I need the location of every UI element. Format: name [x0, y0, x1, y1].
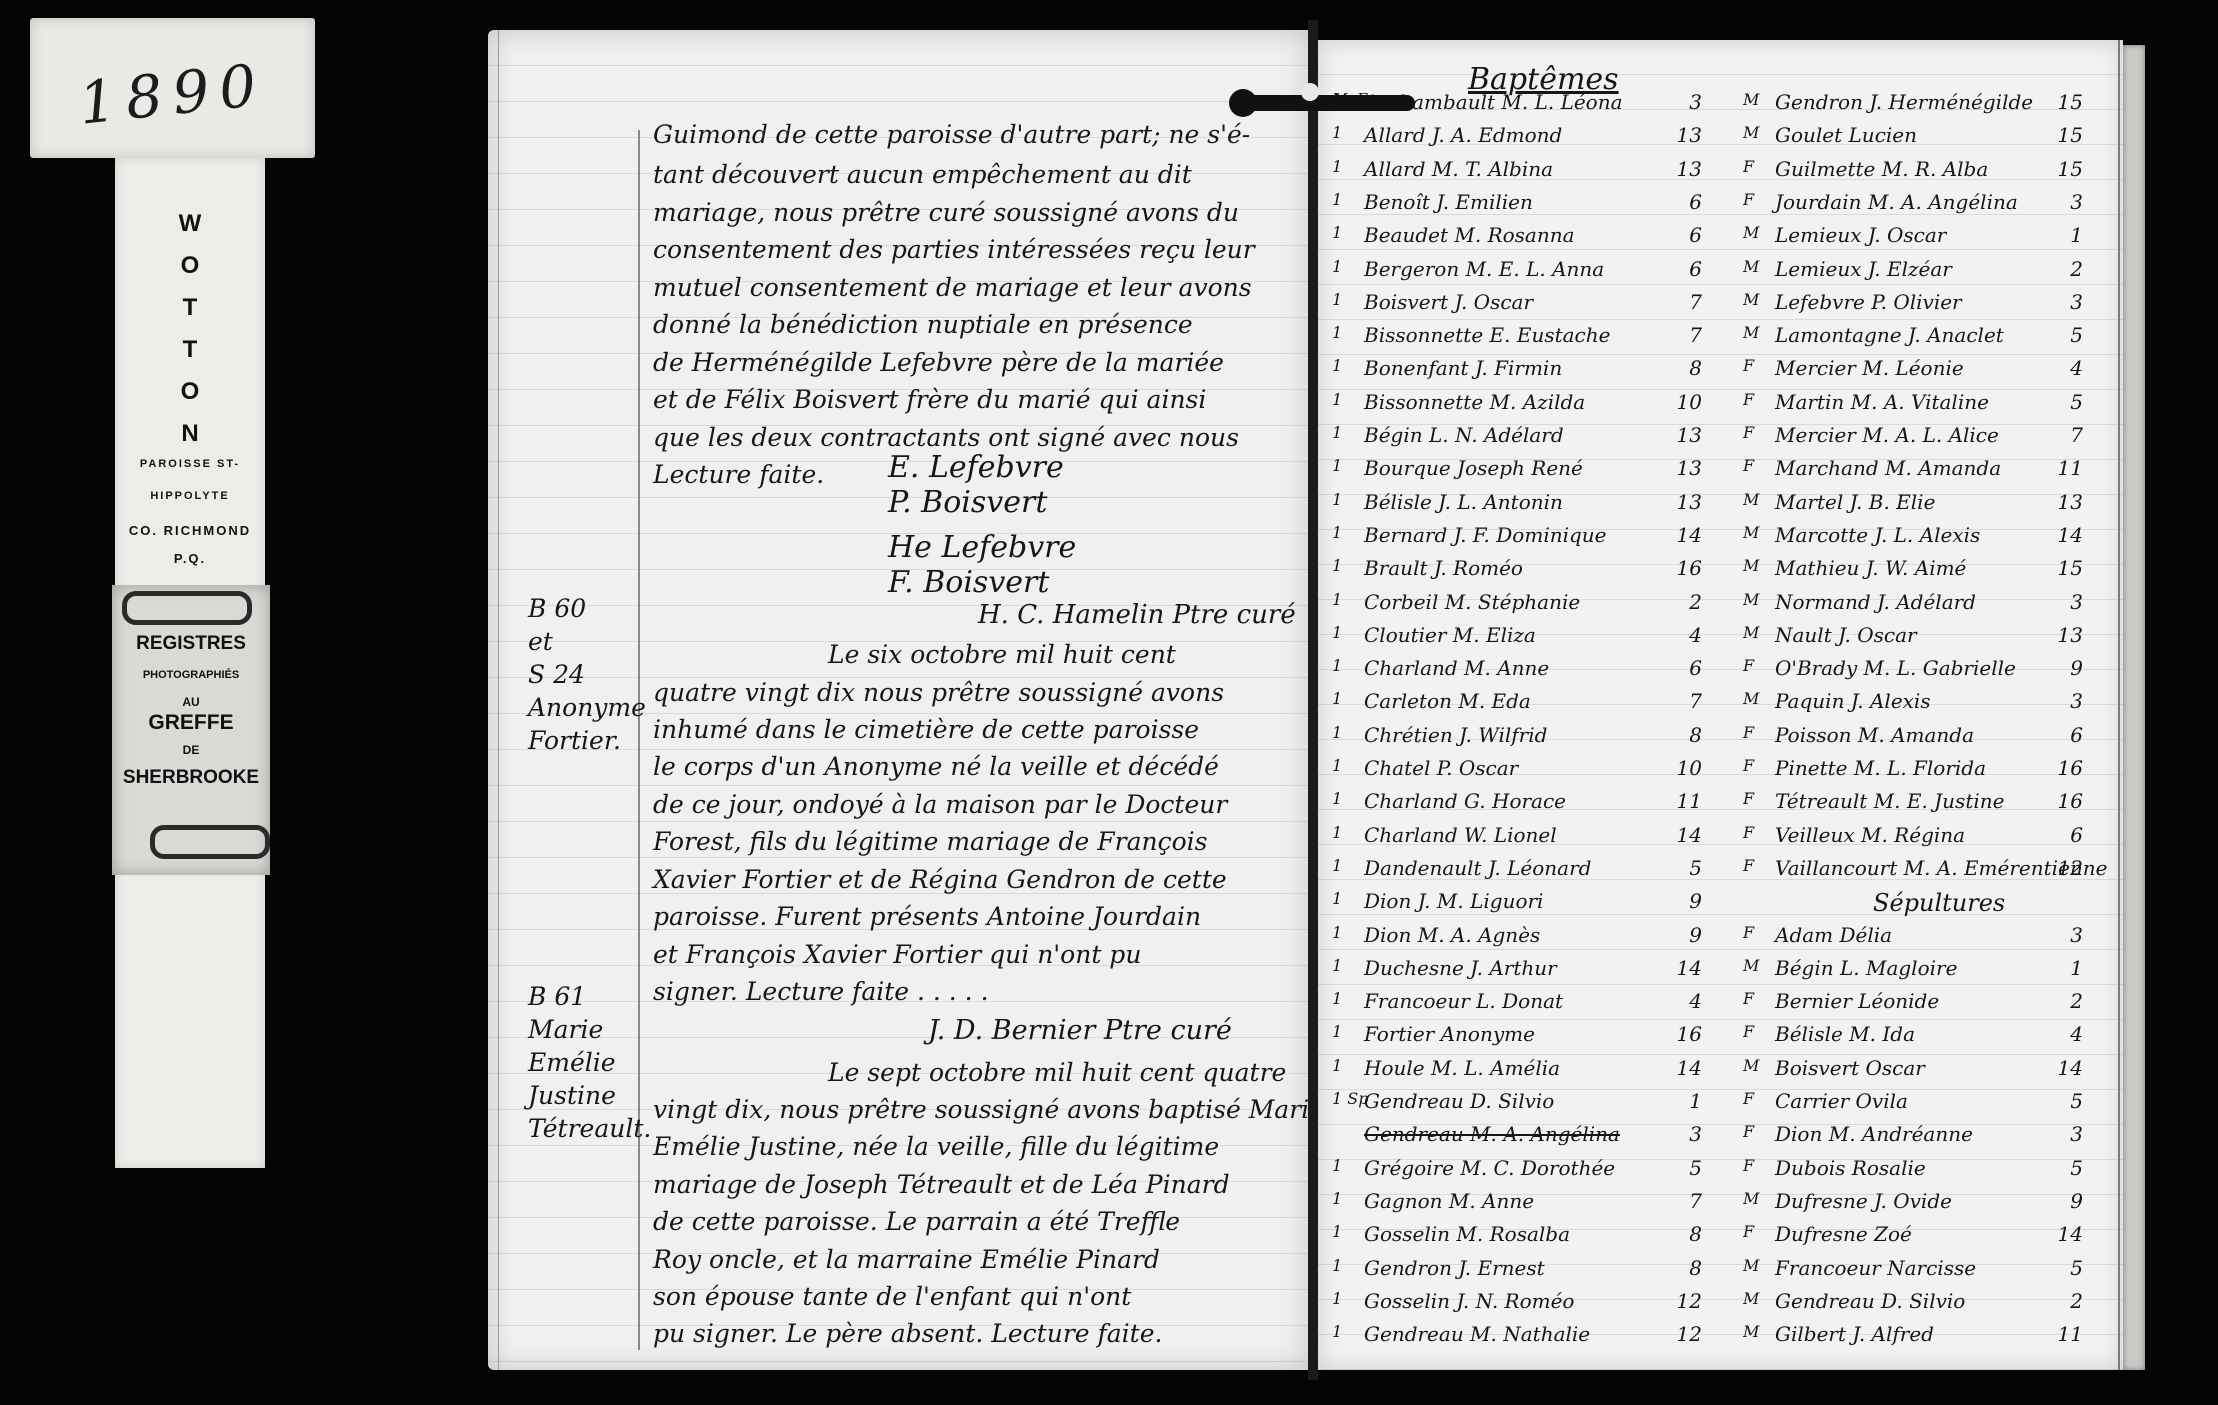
index-name: Bégin L. Magloire	[1775, 956, 1957, 980]
gender-mark: F	[1743, 856, 1773, 875]
record-number: 13	[1662, 157, 1702, 181]
index-name: Gosselin J. N. Roméo	[1364, 1289, 1574, 1313]
gender-mark: M	[1743, 257, 1773, 276]
index-row: MLemieux J. Elzéar2	[1743, 257, 2113, 292]
index-name: Lefebvre P. Olivier	[1775, 290, 1962, 314]
index-row: 1Bissonnette E. Eustache7	[1332, 323, 1727, 358]
index-row: 1Benoît J. Emilien6	[1332, 190, 1727, 225]
index-row: MMathieu J. W. Aimé15	[1743, 556, 2113, 591]
entry-text-line: inhumé dans le cimetière de cette parois…	[653, 715, 1199, 744]
entry-text-line: donné la bénédiction nuptiale en présenc…	[653, 310, 1193, 339]
gender-mark: 1	[1332, 889, 1362, 908]
record-number: 2	[1662, 590, 1702, 614]
record-number: 8	[1662, 356, 1702, 380]
record-number: 15	[2043, 123, 2083, 147]
index-row: 1Carleton M. Eda7	[1332, 689, 1727, 724]
gender-mark: F	[1743, 789, 1773, 808]
record-number: 12	[2043, 856, 2083, 880]
index-name: Gendron J. Ernest	[1364, 1256, 1545, 1280]
year-card: 1890	[30, 18, 315, 158]
gender-mark: F	[1743, 756, 1773, 775]
index-name: Bourque Joseph René	[1364, 456, 1583, 480]
index-name: Dion M. Andréanne	[1775, 1122, 1973, 1146]
index-row: 1Gendreau M. Nathalie12	[1332, 1322, 1727, 1357]
index-row: MNormand J. Adélard3	[1743, 590, 2113, 625]
index-name: Mercier M. Léonie	[1775, 356, 1964, 380]
record-number: 2	[2043, 989, 2083, 1013]
record-number: 11	[1662, 789, 1702, 813]
index-name: Bergeron M. E. L. Anna	[1364, 257, 1604, 281]
index-name: Guilmette M. R. Alba	[1775, 157, 1988, 181]
gender-mark: 1	[1332, 823, 1362, 842]
gender-mark: 1	[1332, 1189, 1362, 1208]
record-number: 5	[2043, 1089, 2083, 1113]
record-number: 5	[2043, 390, 2083, 414]
gender-mark: F	[1743, 923, 1773, 942]
archive-tag-line: DE	[112, 743, 270, 757]
record-number: 9	[2043, 656, 2083, 680]
gender-mark: 1	[1332, 190, 1362, 209]
record-number: 6	[1662, 257, 1702, 281]
gender-mark: F	[1743, 390, 1773, 409]
record-number: 5	[1662, 1156, 1702, 1180]
index-row: 1Dandenault J. Léonard5	[1332, 856, 1727, 891]
entry-text-line: mariage de Joseph Tétreault et de Léa Pi…	[653, 1170, 1230, 1199]
entry-text-line: pu signer. Le père absent. Lecture faite…	[653, 1319, 1162, 1348]
record-number: 6	[1662, 656, 1702, 680]
index-row: FGuilmette M. R. Alba15	[1743, 157, 2113, 192]
gender-mark: 1	[1332, 1256, 1362, 1275]
record-number: 16	[2043, 789, 2083, 813]
index-name: Mercier M. A. L. Alice	[1775, 423, 1999, 447]
entry-text-line: signer. Lecture faite . . . . .	[653, 977, 989, 1006]
record-number: 15	[2043, 157, 2083, 181]
gender-mark: M	[1743, 1189, 1773, 1208]
index-name: Bélisle M. Ida	[1775, 1022, 1915, 1046]
gender-mark: M	[1743, 1056, 1773, 1075]
index-row: FDufresne Zoé14	[1743, 1222, 2113, 1257]
entry-text-line: et François Xavier Fortier qui n'ont pu	[653, 940, 1141, 969]
record-number: 5	[1662, 856, 1702, 880]
index-name: Dion J. M. Liguori	[1364, 889, 1543, 913]
entry-text-line: tant découvert aucun empêchement au dit	[653, 160, 1192, 189]
paper-clip-icon	[150, 825, 270, 859]
gender-mark: F	[1743, 1156, 1773, 1175]
entry-text-line: quatre vingt dix nous prêtre soussigné a…	[653, 678, 1224, 707]
index-row: FBélisle M. Ida4	[1743, 1022, 2113, 1057]
paper-clip-icon	[122, 591, 252, 625]
index-row: MGendron J. Herménégilde15	[1743, 90, 2113, 125]
gender-mark: M	[1743, 1322, 1773, 1341]
index-name: Grégoire M. C. Dorothée	[1364, 1156, 1615, 1180]
margin-rule	[638, 130, 640, 1350]
gender-mark: 1	[1332, 290, 1362, 309]
index-name: Francoeur L. Donat	[1364, 989, 1563, 1013]
index-row: MBoisvert Oscar14	[1743, 1056, 2113, 1091]
town-letter: T	[183, 287, 198, 329]
record-number: 5	[2043, 1156, 2083, 1180]
parish-line-2: HIPPOLYTE	[115, 490, 265, 502]
record-number: 14	[2043, 523, 2083, 547]
index-row: 1Boisvert J. Oscar7	[1332, 290, 1727, 325]
gender-mark: 1	[1332, 856, 1362, 875]
margin-text: et	[528, 625, 633, 658]
index-row: 1Bonenfant J. Firmin8	[1332, 356, 1727, 391]
entry-text-line: et de Félix Boisvert frère du marié qui …	[653, 385, 1206, 414]
index-row: MLamontagne J. Anaclet5	[1743, 323, 2113, 358]
gender-mark: 1	[1332, 423, 1362, 442]
record-number: 6	[1662, 223, 1702, 247]
record-number: 4	[1662, 623, 1702, 647]
margin-name: Justine	[528, 1079, 633, 1112]
signature: F. Boisvert	[888, 565, 1049, 600]
signature: E. Lefebvre	[888, 450, 1064, 485]
record-number: 16	[1662, 1022, 1702, 1046]
index-name: Martel J. B. Elie	[1775, 490, 1935, 514]
index-row: MBégin L. Magloire1	[1743, 956, 2113, 991]
page-edge-rule	[2118, 40, 2120, 1370]
gender-mark: M	[1743, 689, 1773, 708]
index-row: 1Brault J. Roméo16	[1332, 556, 1727, 591]
index-row: FMarchand M. Amanda11	[1743, 456, 2113, 491]
gender-mark: 1	[1332, 789, 1362, 808]
gender-mark: F	[1743, 1122, 1773, 1141]
gender-mark: 1	[1332, 390, 1362, 409]
index-name: Charland G. Horace	[1364, 789, 1566, 813]
index-name: Paquin J. Alexis	[1775, 689, 1931, 713]
index-row: MLemieux J. Oscar1	[1743, 223, 2113, 258]
index-name: Lemieux J. Oscar	[1775, 223, 1946, 247]
town-name: W O T T O N	[115, 203, 265, 455]
record-number: 13	[1662, 456, 1702, 480]
right-index-page: Baptêmes M. F. 1Archambault M. L. Léona3…	[1318, 40, 2123, 1370]
index-row: MDufresne J. Ovide9	[1743, 1189, 2113, 1224]
gender-mark: 1	[1332, 923, 1362, 942]
gender-mark: 1	[1332, 356, 1362, 375]
index-row: MGendreau D. Silvio2	[1743, 1289, 2113, 1324]
province-label: P.Q.	[115, 551, 265, 566]
index-name: Francoeur Narcisse	[1775, 1256, 1976, 1280]
index-name: Fortier Anonyme	[1364, 1022, 1535, 1046]
index-row: 1Duchesne J. Arthur14	[1332, 956, 1727, 991]
record-number: 8	[1662, 723, 1702, 747]
index-row: 1Bergeron M. E. L. Anna6	[1332, 257, 1727, 292]
index-row: 1Dion M. A. Agnès9	[1332, 923, 1727, 958]
town-letter: W	[179, 203, 202, 245]
record-number: 11	[2043, 456, 2083, 480]
gender-mark: 1	[1332, 157, 1362, 176]
gender-mark: 1	[1332, 1156, 1362, 1175]
index-name: Martin M. A. Vitaline	[1775, 390, 1989, 414]
index-name: Mathieu J. W. Aimé	[1775, 556, 1966, 580]
index-row: FCarrier Ovila5	[1743, 1089, 2113, 1124]
index-name: Duchesne J. Arthur	[1364, 956, 1557, 980]
index-name: Benoît J. Emilien	[1364, 190, 1533, 214]
gender-mark: 1	[1332, 656, 1362, 675]
index-name: Brault J. Roméo	[1364, 556, 1523, 580]
gender-mark: M	[1743, 323, 1773, 342]
index-row: 1Chrétien J. Wilfrid8	[1332, 723, 1727, 758]
record-number: 1	[1662, 1089, 1702, 1113]
record-number: B 60	[528, 592, 633, 625]
archive-tag-line: GREFFE	[112, 711, 270, 735]
gender-mark: M	[1743, 523, 1773, 542]
gender-mark: F	[1743, 723, 1773, 742]
record-number: 5	[2043, 323, 2083, 347]
gender-mark: F	[1743, 190, 1773, 209]
index-row: FMartin M. A. Vitaline5	[1743, 390, 2113, 425]
index-name: Dufresne J. Ovide	[1775, 1189, 1952, 1213]
entry-text-line: Guimond de cette paroisse d'autre part; …	[653, 120, 1250, 149]
town-letter: N	[181, 413, 198, 455]
gender-mark: 1	[1332, 490, 1362, 509]
archive-tag-line: AU	[112, 695, 270, 709]
index-name: Gendreau D. Silvio	[1775, 1289, 1965, 1313]
index-name: Lamontagne J. Anaclet	[1775, 323, 2004, 347]
page-edge-rule	[498, 30, 499, 1370]
index-row: MLefebvre P. Olivier3	[1743, 290, 2113, 325]
entry-margin-note: B 61 Marie Emélie Justine Tétreault.	[528, 980, 633, 1145]
entry-text-line: que les deux contractants ont signé avec…	[653, 423, 1239, 452]
entry-text-line: de cette paroisse. Le parrain a été Tref…	[653, 1207, 1180, 1236]
entry-text-line: vingt dix, nous prêtre soussigné avons b…	[653, 1095, 1324, 1124]
record-number: 9	[2043, 1189, 2083, 1213]
index-name: Carrier Ovila	[1775, 1089, 1908, 1113]
record-number: 10	[1662, 390, 1702, 414]
index-row: 1Bissonnette M. Azilda10	[1332, 390, 1727, 425]
record-number: 1	[2043, 956, 2083, 980]
index-name: Bissonnette E. Eustache	[1364, 323, 1610, 347]
index-row: FVeilleux M. Régina6	[1743, 823, 2113, 858]
gender-mark: 1	[1332, 257, 1362, 276]
index-name: Chatel P. Oscar	[1364, 756, 1518, 780]
entry-text-line: mariage, nous prêtre curé soussigné avon…	[653, 198, 1239, 227]
index-name: Tétreault M. E. Justine	[1775, 789, 2004, 813]
index-name: Poisson M. Amanda	[1775, 723, 1974, 747]
index-row: 1Bourque Joseph René13	[1332, 456, 1727, 491]
gender-mark: 1	[1332, 623, 1362, 642]
gender-mark: M	[1743, 590, 1773, 609]
index-row: FPoisson M. Amanda6	[1743, 723, 2113, 758]
index-name: Cloutier M. Eliza	[1364, 623, 1536, 647]
index-row: FBernier Léonide2	[1743, 989, 2113, 1024]
record-number: 3	[2043, 290, 2083, 314]
index-row: 1Chatel P. Oscar10	[1332, 756, 1727, 791]
index-row: FPinette M. L. Florida16	[1743, 756, 2113, 791]
index-row: FDion M. Andréanne3	[1743, 1122, 2113, 1157]
record-number: 14	[1662, 956, 1702, 980]
record-number: 12	[1662, 1289, 1702, 1313]
index-name: Pinette M. L. Florida	[1775, 756, 1986, 780]
record-number: 2	[2043, 1289, 2083, 1313]
index-row: 1Fortier Anonyme16	[1332, 1022, 1727, 1057]
town-letter: O	[181, 371, 200, 413]
gender-mark: M	[1743, 490, 1773, 509]
signature: P. Boisvert	[888, 485, 1047, 520]
record-number: 13	[1662, 423, 1702, 447]
town-letter: O	[181, 245, 200, 287]
county-label: CO. RICHMOND	[115, 523, 265, 538]
town-letter: T	[183, 329, 198, 371]
gender-mark: F	[1743, 656, 1773, 675]
gender-mark: M	[1743, 223, 1773, 242]
index-row: 1Allard M. T. Albina13	[1332, 157, 1727, 192]
record-number: 15	[2043, 90, 2083, 114]
index-name: Gagnon M. Anne	[1364, 1189, 1534, 1213]
entry-text-line: de ce jour, ondoyé à la maison par le Do…	[653, 790, 1227, 819]
gender-mark: 1	[1332, 956, 1362, 975]
gender-mark: F	[1743, 1089, 1773, 1108]
record-number: 6	[2043, 723, 2083, 747]
archive-tag-line: PHOTOGRAPHIÉS	[112, 669, 270, 681]
index-row: 1Gosselin M. Rosalba8	[1332, 1222, 1727, 1257]
index-name: Bissonnette M. Azilda	[1364, 390, 1585, 414]
index-name: Gilbert J. Alfred	[1775, 1322, 1934, 1346]
margin-name: Tétreault.	[528, 1112, 633, 1145]
record-number: 13	[1662, 490, 1702, 514]
index-name: Carleton M. Eda	[1364, 689, 1531, 713]
index-row: MGoulet Lucien15	[1743, 123, 2113, 158]
record-number: 15	[2043, 556, 2083, 580]
index-name: Allard M. T. Albina	[1364, 157, 1553, 181]
left-register-page: Guimond de cette paroisse d'autre part; …	[488, 30, 1308, 1370]
index-name: Lemieux J. Elzéar	[1775, 257, 1952, 281]
entry-text-line: le corps d'un Anonyme né la veille et dé…	[653, 752, 1219, 781]
entry-text-line: paroisse. Furent présents Antoine Jourda…	[653, 902, 1201, 931]
index-name: Bernier Léonide	[1775, 989, 1939, 1013]
index-row: 1Corbeil M. Stéphanie2	[1332, 590, 1727, 625]
archive-tag-line: SHERBROOKE	[112, 767, 270, 789]
gender-mark: M	[1743, 123, 1773, 142]
gender-mark: 1	[1332, 123, 1362, 142]
index-name: Veilleux M. Régina	[1775, 823, 1965, 847]
entry-text-line: Lecture faite.	[653, 460, 824, 489]
record-number: 3	[2043, 590, 2083, 614]
entry-text-line: son épouse tante de l'enfant qui n'ont	[653, 1282, 1131, 1311]
index-row: 1Gagnon M. Anne7	[1332, 1189, 1727, 1224]
index-row: FJourdain M. A. Angélina3	[1743, 190, 2113, 225]
index-name: Jourdain M. A. Angélina	[1775, 190, 2018, 214]
record-number: 6	[2043, 823, 2083, 847]
gender-mark: 1	[1332, 556, 1362, 575]
gender-mark: 1	[1332, 1056, 1362, 1075]
index-row: 1Francoeur L. Donat4	[1332, 989, 1727, 1024]
record-number: 3	[1662, 90, 1702, 114]
index-name: Nault J. Oscar	[1775, 623, 1917, 647]
index-row: 1Grégoire M. C. Dorothée5	[1332, 1156, 1727, 1191]
margin-name: Emélie	[528, 1046, 633, 1079]
index-row: 1Charland M. Anne6	[1332, 656, 1727, 691]
index-name: Chrétien J. Wilfrid	[1364, 723, 1547, 747]
record-number: 4	[2043, 356, 2083, 380]
record-number: 12	[1662, 1322, 1702, 1346]
gender-mark: F	[1743, 989, 1773, 1008]
entry-text-line: Emélie Justine, née la veille, fille du …	[653, 1132, 1219, 1161]
signature: He Lefebvre	[888, 530, 1076, 565]
gender-mark: M	[1743, 1289, 1773, 1308]
index-name: Marcotte J. L. Alexis	[1775, 523, 1980, 547]
index-row: MMartel J. B. Elie13	[1743, 490, 2113, 525]
gender-mark: 1 Sp	[1332, 1089, 1362, 1108]
index-row: 1Bégin L. N. Adélard13	[1332, 423, 1727, 458]
index-name: Allard J. A. Edmond	[1364, 123, 1562, 147]
index-row: 1 SpGendreau D. Silvio1	[1332, 1089, 1727, 1124]
index-row: MPaquin J. Alexis3	[1743, 689, 2113, 724]
index-name: Bélisle J. L. Antonin	[1364, 490, 1563, 514]
gender-mark: 1	[1332, 756, 1362, 775]
gender-mark: F	[1743, 1222, 1773, 1241]
index-name: Charland M. Anne	[1364, 656, 1549, 680]
gender-mark: 1	[1332, 590, 1362, 609]
gender-mark: F	[1743, 356, 1773, 375]
index-row: FVaillancourt M. A. Emérentienne12	[1743, 856, 2113, 891]
index-name: Gendreau M. A. Angélina	[1364, 1122, 1620, 1146]
index-row: 1Allard J. A. Edmond13	[1332, 123, 1727, 158]
index-row: FO'Brady M. L. Gabrielle9	[1743, 656, 2113, 691]
priest-signature: J. D. Bernier Ptre curé	[928, 1015, 1232, 1046]
entry-text-line: mutuel consentement de mariage et leur a…	[653, 273, 1252, 302]
record-number: 7	[2043, 423, 2083, 447]
binding-rod-icon	[1235, 95, 1415, 111]
index-name: O'Brady M. L. Gabrielle	[1775, 656, 2016, 680]
gender-mark: 1	[1332, 223, 1362, 242]
index-name: Marchand M. Amanda	[1775, 456, 2001, 480]
record-number: 7	[1662, 689, 1702, 713]
gender-mark: 1	[1332, 456, 1362, 475]
record-number: 3	[2043, 923, 2083, 947]
index-row: FMercier M. Léonie4	[1743, 356, 2113, 391]
margin-name: Anonyme	[528, 691, 633, 724]
index-row: 1Beaudet M. Rosanna6	[1332, 223, 1727, 258]
entry-text-line: Le six octobre mil huit cent	[828, 640, 1176, 669]
entry-text-line: Xavier Fortier et de Régina Gendron de c…	[653, 865, 1227, 894]
gender-mark: 1	[1332, 1222, 1362, 1241]
gender-mark: 1	[1332, 523, 1362, 542]
gender-mark: F	[1743, 423, 1773, 442]
entry-text-line: Roy oncle, et la marraine Emélie Pinard	[653, 1245, 1160, 1274]
index-row: 1Gosselin J. N. Roméo12	[1332, 1289, 1727, 1324]
index-row: MGilbert J. Alfred11	[1743, 1322, 2113, 1357]
gender-mark: M	[1743, 956, 1773, 975]
index-name: Normand J. Adélard	[1775, 590, 1976, 614]
gender-mark: M	[1743, 1256, 1773, 1275]
index-row: MMarcotte J. L. Alexis14	[1743, 523, 2113, 558]
index-name: Gosselin M. Rosalba	[1364, 1222, 1570, 1246]
index-name: Boisvert Oscar	[1775, 1056, 1925, 1080]
record-number: 10	[1662, 756, 1702, 780]
index-row: 1Gendron J. Ernest8	[1332, 1256, 1727, 1291]
margin-name: Fortier.	[528, 724, 633, 757]
entry-text-line: consentement des parties intéressées reç…	[653, 235, 1255, 264]
index-name: Adam Délia	[1775, 923, 1892, 947]
record-number: 14	[1662, 1056, 1702, 1080]
entry-margin-note: B 60 et S 24 Anonyme Fortier.	[528, 592, 633, 757]
gender-mark: 1	[1332, 1022, 1362, 1041]
index-name: Dion M. A. Agnès	[1364, 923, 1540, 947]
gender-mark: F	[1743, 157, 1773, 176]
record-number: 6	[1662, 190, 1702, 214]
gender-mark: F	[1743, 1022, 1773, 1041]
index-row: 1Bernard J. F. Dominique14	[1332, 523, 1727, 558]
record-number: 13	[2043, 490, 2083, 514]
index-row: 1Charland G. Horace11	[1332, 789, 1727, 824]
record-number: 9	[1662, 889, 1702, 913]
index-row: 1Charland W. Lionel14	[1332, 823, 1727, 858]
record-number: 4	[2043, 1022, 2083, 1046]
burials-subtitle: Sépultures	[1873, 889, 2005, 917]
record-number: 3	[1662, 1122, 1702, 1146]
gender-mark: 1	[1332, 689, 1362, 708]
